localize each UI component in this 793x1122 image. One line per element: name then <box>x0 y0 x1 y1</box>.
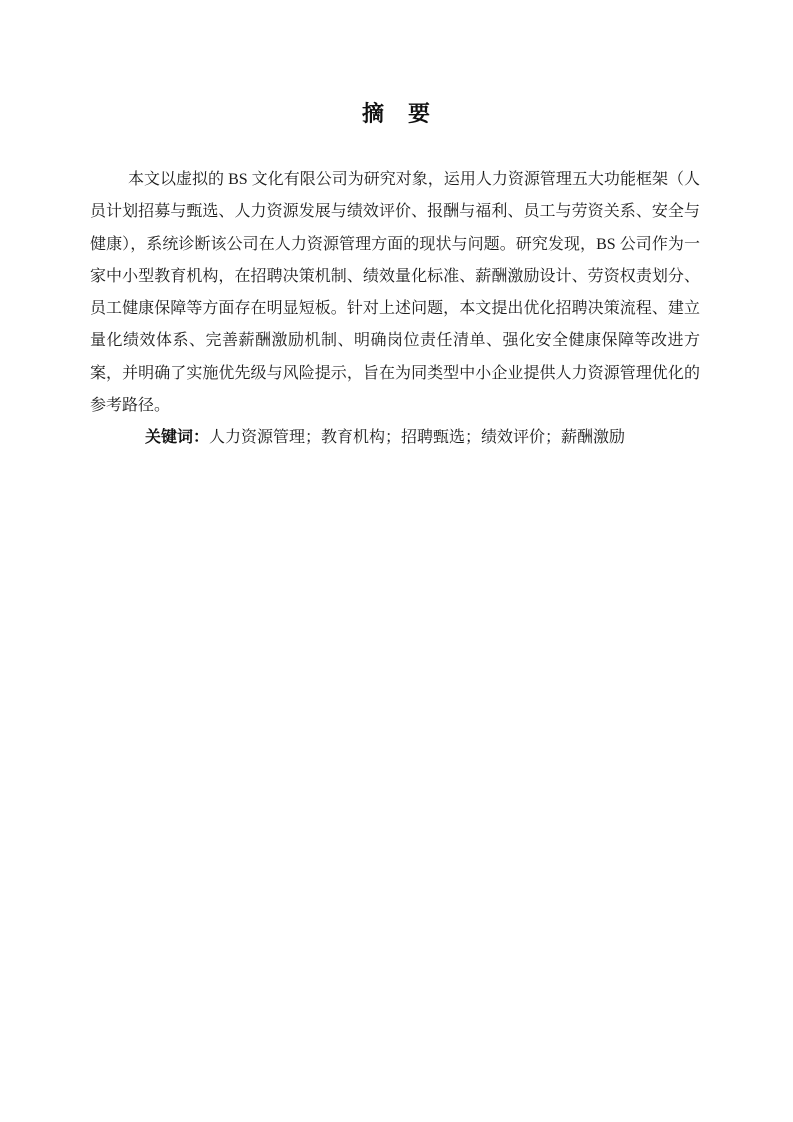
abstract-title: 摘 要 <box>0 100 793 128</box>
keywords-label: 关键词： <box>145 429 209 446</box>
keywords-line: 关键词：人力资源管理；教育机构；招聘甄选；绩效评价；薪酬激励 <box>90 422 700 454</box>
keywords-text: 人力资源管理；教育机构；招聘甄选；绩效评价；薪酬激励 <box>209 429 625 446</box>
abstract-page: 摘 要 本文以虚拟的 BS 文化有限公司为研究对象，运用人力资源管理五大功能框架… <box>0 0 793 1122</box>
abstract-body: 本文以虚拟的 BS 文化有限公司为研究对象，运用人力资源管理五大功能框架（人员计… <box>90 164 700 455</box>
abstract-paragraph: 本文以虚拟的 BS 文化有限公司为研究对象，运用人力资源管理五大功能框架（人员计… <box>90 164 700 422</box>
